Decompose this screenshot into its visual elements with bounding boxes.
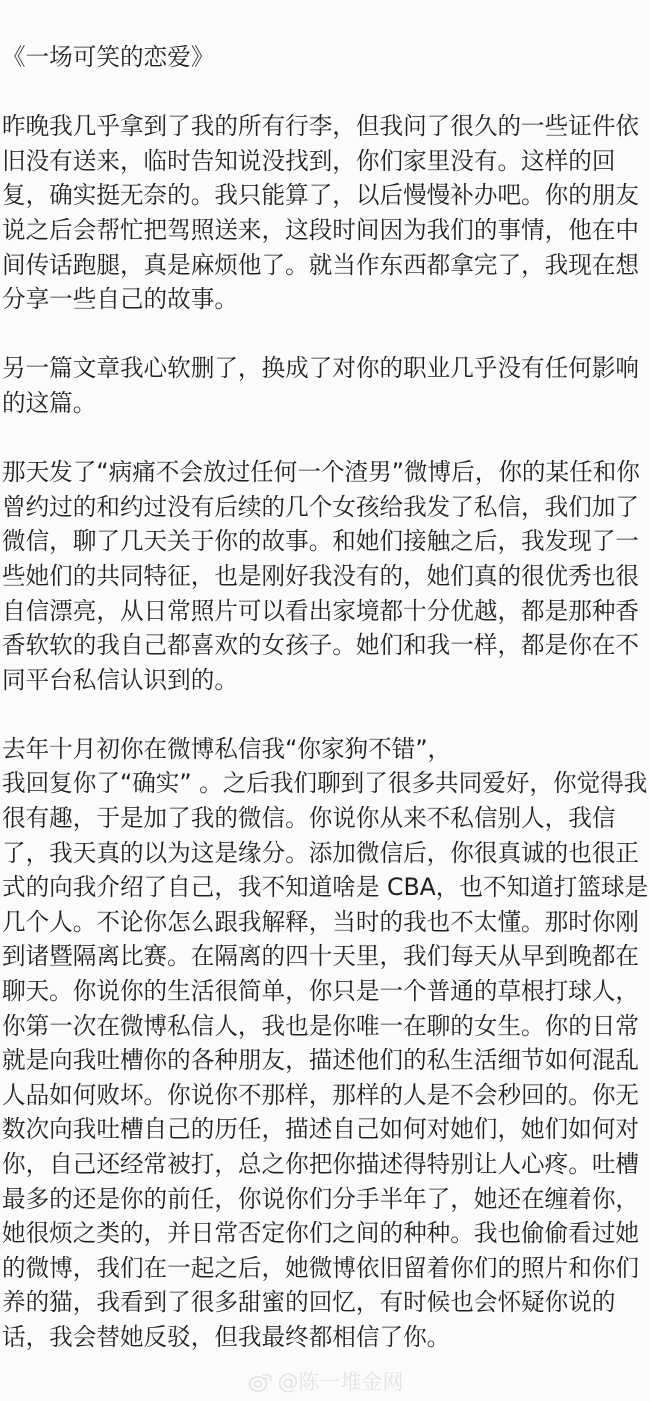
weibo-watermark: @陈一堆金网 <box>0 1367 650 1397</box>
paragraph-1: 昨晚我几乎拿到了我的所有行李，但我问了很久的一些证件依旧没有送来，临时告知说没找… <box>2 109 649 317</box>
paragraph-2: 另一篇文章我心软删了，换成了对你的职业几乎没有任何影响的这篇。 <box>2 351 649 420</box>
paragraph-4: 去年十月初你在微博私信我“你家狗不错”， 我回复你了“确实” 。之后我们聊到了很… <box>2 732 649 1355</box>
weibo-watermark-text: @陈一堆金网 <box>278 1367 404 1397</box>
page-title: 《一场可笑的恋爱》 <box>2 40 649 75</box>
document-body: 《一场可笑的恋爱》 昨晚我几乎拿到了我的所有行李，但我问了很久的一些证件依旧没有… <box>0 0 650 1355</box>
weibo-logo-icon <box>247 1371 273 1393</box>
paragraph-3: 那天发了“病痛不会放过任何一个渣男”微博后，你的某任和你曾约过的和约过没有后续的… <box>2 455 649 697</box>
